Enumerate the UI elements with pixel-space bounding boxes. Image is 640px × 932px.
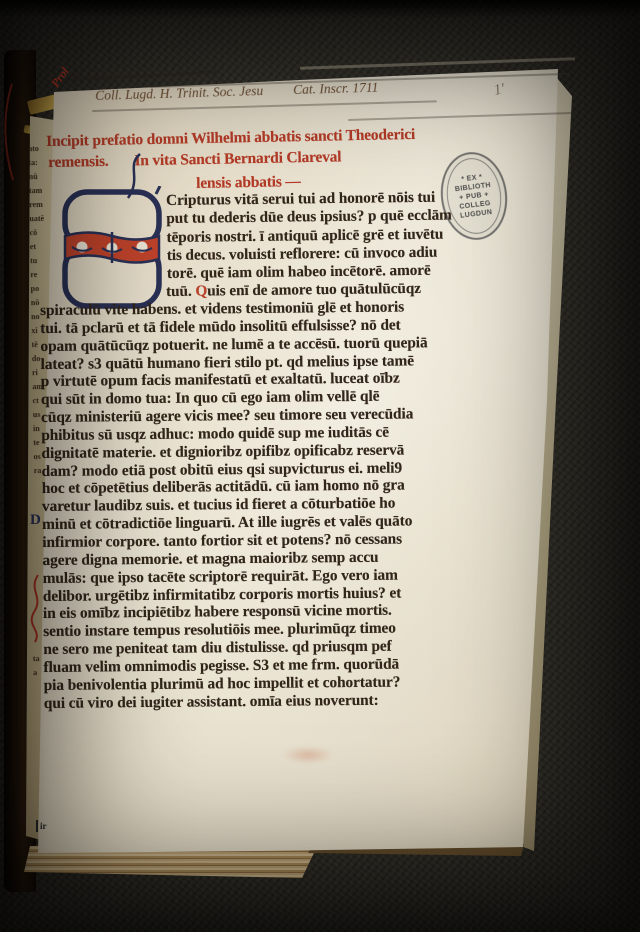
corner-mark: ir — [36, 820, 47, 832]
margin-note-prol: Prol — [48, 65, 73, 91]
decorated-initial-S — [56, 186, 170, 314]
line6-post: uis enī de amore tuo quātulūcūqz — [207, 280, 421, 300]
fragment-glyph: uatē — [29, 212, 51, 226]
ink-smudge — [282, 746, 334, 764]
photo-top-shadow — [0, 0, 640, 18]
library-stamp-text: * EX *BIBLIOTH+ PUB +COLLEGLUGDUN — [443, 155, 506, 237]
inscription-catalog: Cat. Inscr. 1711 — [293, 80, 379, 99]
manuscript-photo: atota:nūtamremuatēcōettureponōnoxitēdori… — [0, 0, 640, 932]
manuscript-line: qui cū viro dei iugiter assistant. omīa … — [44, 691, 431, 713]
ruling-line — [56, 71, 216, 82]
fragment-glyph: tu — [30, 254, 52, 268]
fragment-glyph: rem — [29, 198, 51, 212]
text-block-main: spiraculū vite habens. et videns testimo… — [40, 298, 431, 712]
rubric-line-2a: remensis. — [48, 153, 109, 172]
line6-pre: tuū. — [166, 283, 192, 300]
line6-red-initial: Q — [195, 282, 207, 299]
fragment-blue-initial: D — [30, 512, 41, 529]
red-margin-curve — [0, 82, 16, 182]
fragment-glyph: et — [30, 240, 52, 254]
fragment-glyph: re — [30, 268, 52, 282]
text-block-indented: Cripturus vitā serui tui ad honorē nōis … — [166, 189, 453, 284]
fragment-glyph: cō — [30, 226, 52, 240]
page-block-edge-top — [300, 57, 575, 70]
fragment-glyph: tam — [29, 184, 51, 198]
